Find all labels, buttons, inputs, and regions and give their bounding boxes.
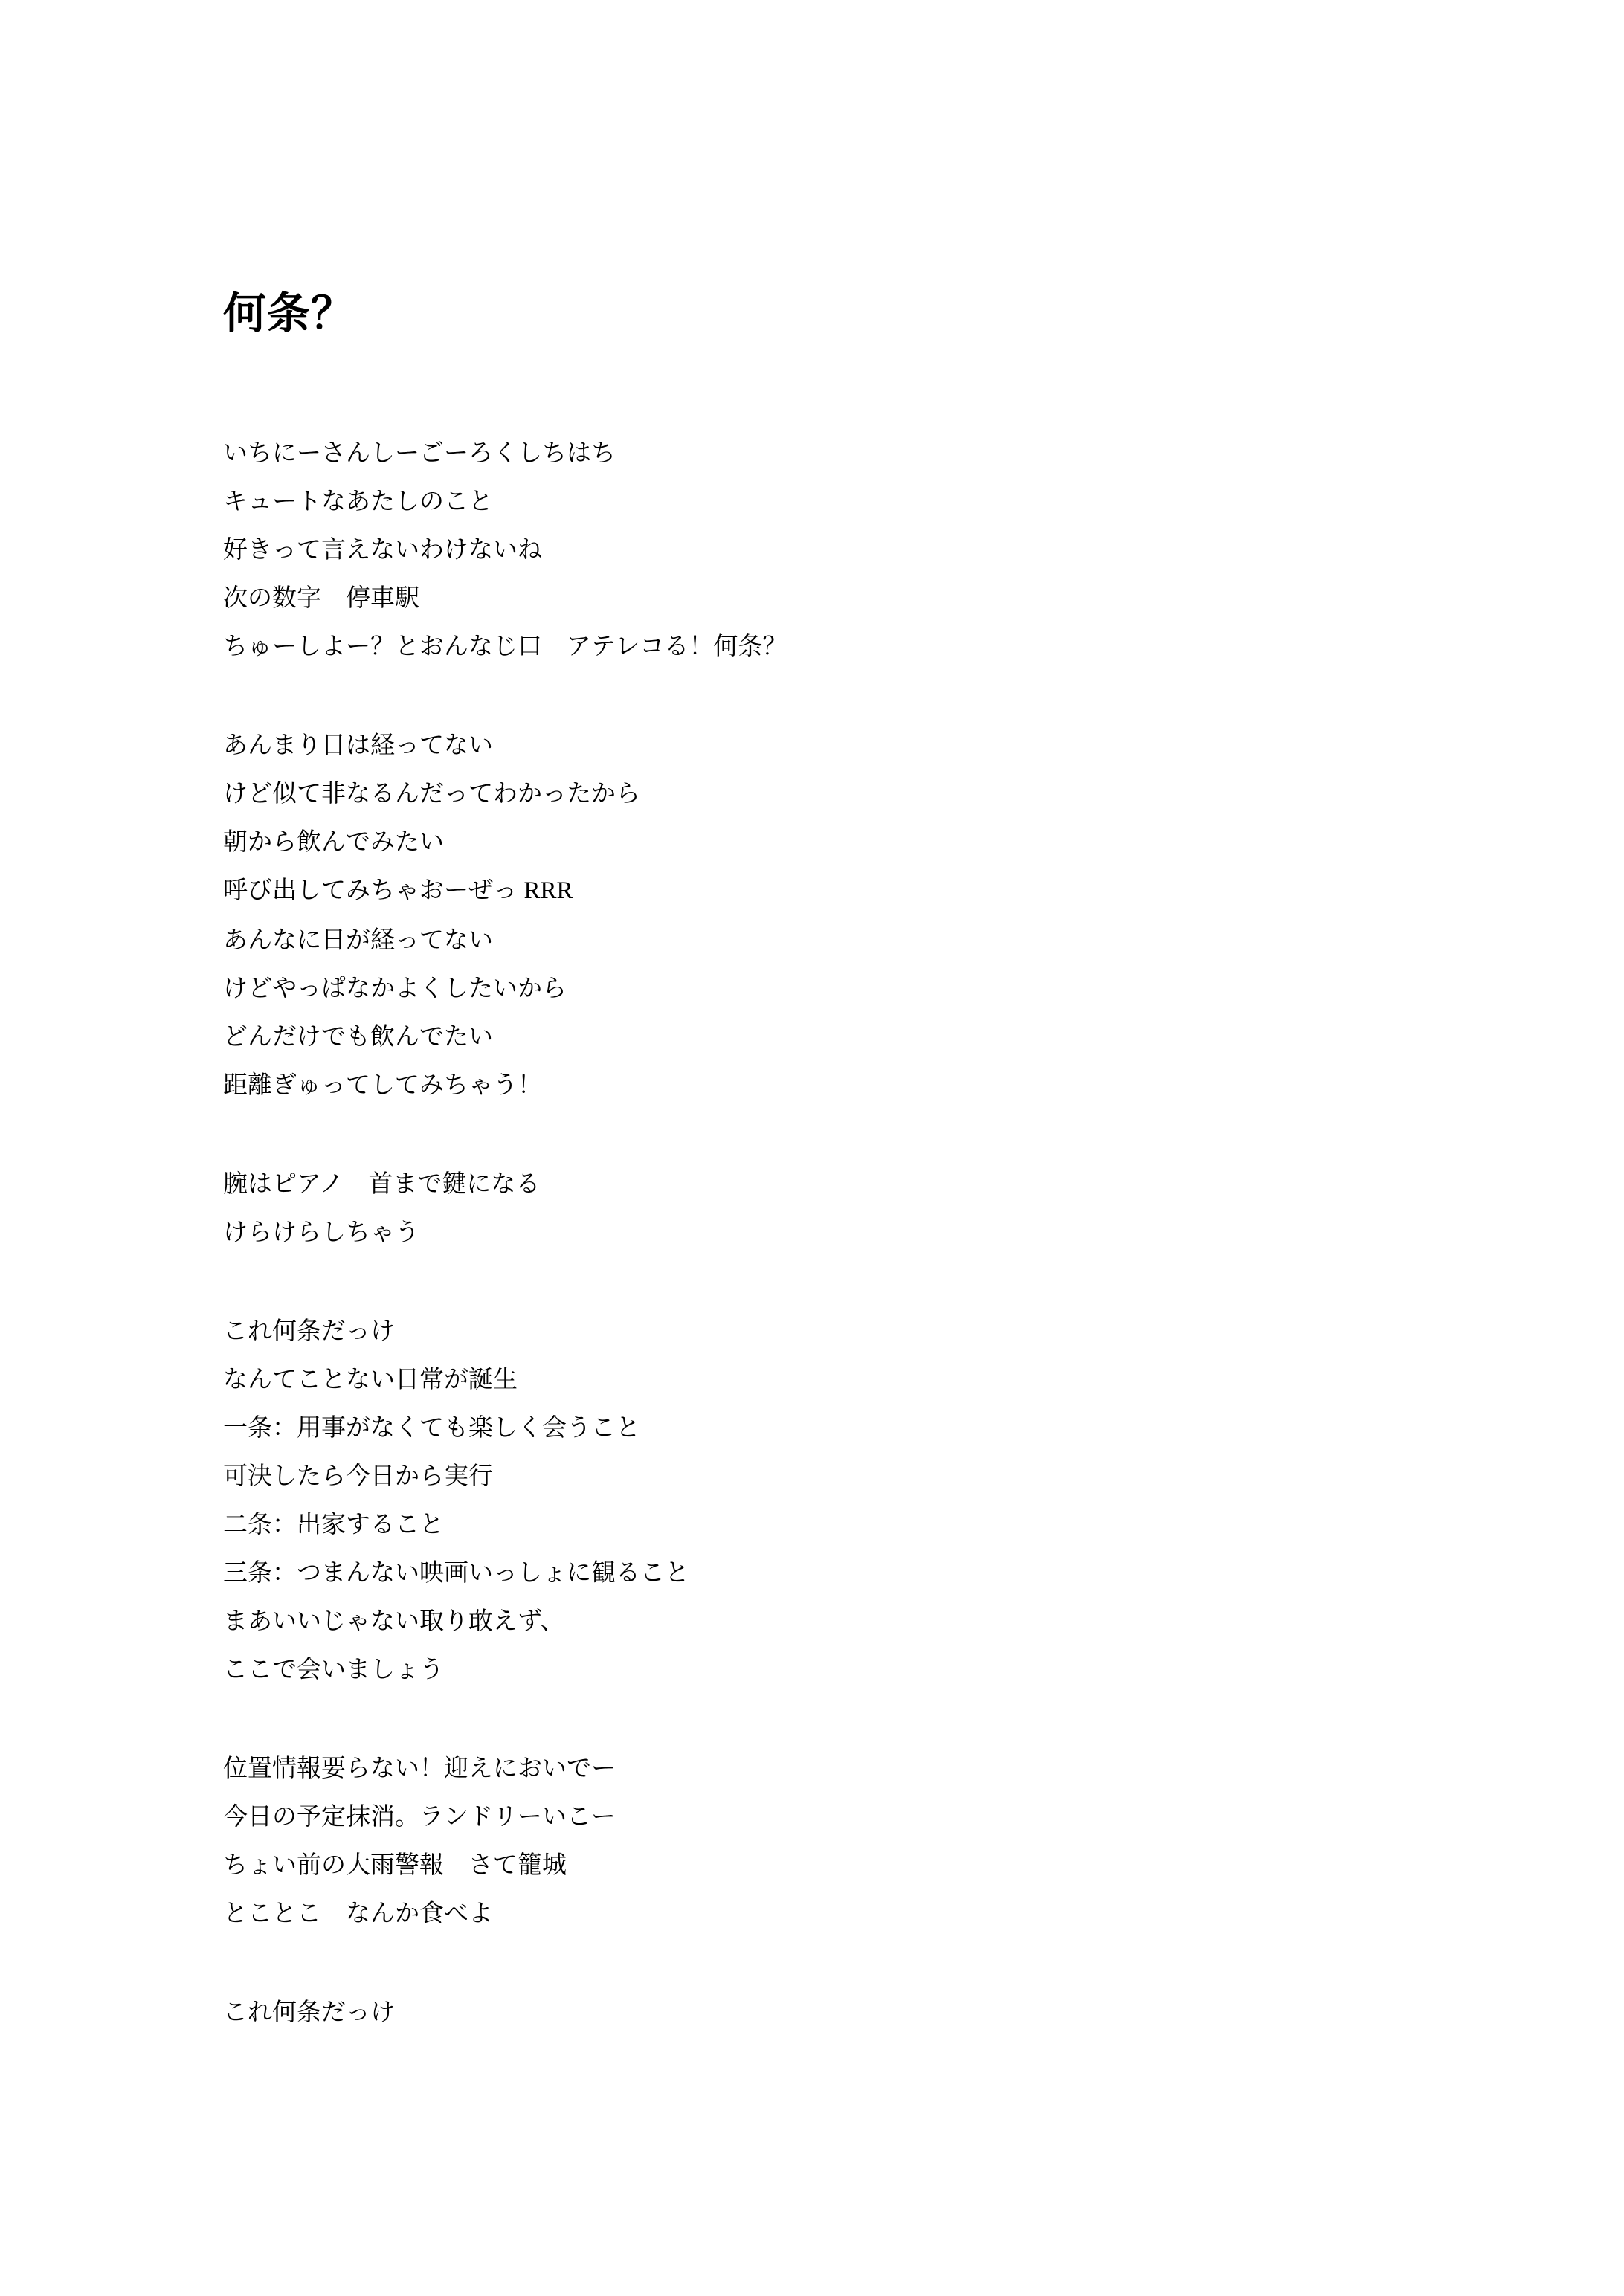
- lyrics-content: 何条？ いちにーさんしーごーろくしちはちキュートなあたしのこと好きって言えないわ…: [223, 288, 1532, 2036]
- lyric-line: 三条：つまんない映画いっしょに観ること: [223, 1548, 1532, 1596]
- lyric-line: これ何条だっけ: [223, 1306, 1532, 1355]
- lyric-line: ちょい前の大雨警報 さて籠城: [223, 1840, 1532, 1889]
- lyric-line: 可決したら今日から実行: [223, 1451, 1532, 1500]
- lyric-line: けどやっぱなかよくしたいから: [223, 964, 1532, 1012]
- lyric-line: ちゅーしよー？とおんなじ口 アテレコる！何条？: [223, 622, 1532, 670]
- lyric-line: これ何条だっけ: [223, 1987, 1532, 2036]
- document-page: 何条？ いちにーさんしーごーろくしちはちキュートなあたしのこと好きって言えないわ…: [0, 0, 1624, 2296]
- lyric-line: 今日の予定抹消。ランドリーいこー: [223, 1792, 1532, 1840]
- lyric-line: どんだけでも飲んでたい: [223, 1012, 1532, 1060]
- lyric-line: けらけらしちゃう: [223, 1207, 1532, 1256]
- lyric-line: 腕はピアノ 首まで鍵になる: [223, 1159, 1532, 1207]
- lyric-line: ここで会いましょう: [223, 1645, 1532, 1693]
- lyric-line: 呼び出してみちゃおーぜっ RRR: [223, 865, 1532, 915]
- lyric-stanza: 腕はピアノ 首まで鍵になるけらけらしちゃう: [223, 1159, 1532, 1256]
- lyric-stanza: これ何条だっけ: [223, 1987, 1532, 2036]
- lyric-line: なんてことない日常が誕生: [223, 1355, 1532, 1403]
- lyric-line: まあいいじゃない取り敢えず、: [223, 1596, 1532, 1645]
- lyric-line: あんなに日が経ってない: [223, 915, 1532, 964]
- latin-text: RRR: [524, 877, 573, 904]
- lyric-stanza: いちにーさんしーごーろくしちはちキュートなあたしのこと好きって言えないわけないね…: [223, 428, 1532, 670]
- lyric-line: キュートなあたしのこと: [223, 477, 1532, 525]
- lyric-line: 朝から飲んでみたい: [223, 817, 1532, 865]
- lyric-line: 次の数字 停車駅: [223, 573, 1532, 622]
- lyric-line: けど似て非なるんだってわかったから: [223, 769, 1532, 817]
- lyric-line: 二条：出家すること: [223, 1500, 1532, 1548]
- lyric-line: とことこ なんか食べよ: [223, 1889, 1532, 1937]
- page-title: 何条？: [223, 288, 1532, 339]
- lyric-stanza: 位置情報要らない！迎えにおいでー今日の予定抹消。ランドリーいこーちょい前の大雨警…: [223, 1744, 1532, 1937]
- lyric-line: 位置情報要らない！迎えにおいでー: [223, 1744, 1532, 1792]
- lyric-line: あんまり日は経ってない: [223, 720, 1532, 769]
- lyric-stanza: あんまり日は経ってないけど似て非なるんだってわかったから朝から飲んでみたい呼び出…: [223, 720, 1532, 1109]
- lyric-stanza: これ何条だっけなんてことない日常が誕生一条：用事がなくても楽しく会うこと可決した…: [223, 1306, 1532, 1693]
- lyric-line: 距離ぎゅってしてみちゃう！: [223, 1060, 1532, 1109]
- lyric-line: いちにーさんしーごーろくしちはち: [223, 428, 1532, 477]
- lyric-line: 好きって言えないわけないね: [223, 525, 1532, 573]
- lyrics-body: いちにーさんしーごーろくしちはちキュートなあたしのこと好きって言えないわけないね…: [223, 428, 1532, 2036]
- lyric-line: 一条：用事がなくても楽しく会うこと: [223, 1403, 1532, 1451]
